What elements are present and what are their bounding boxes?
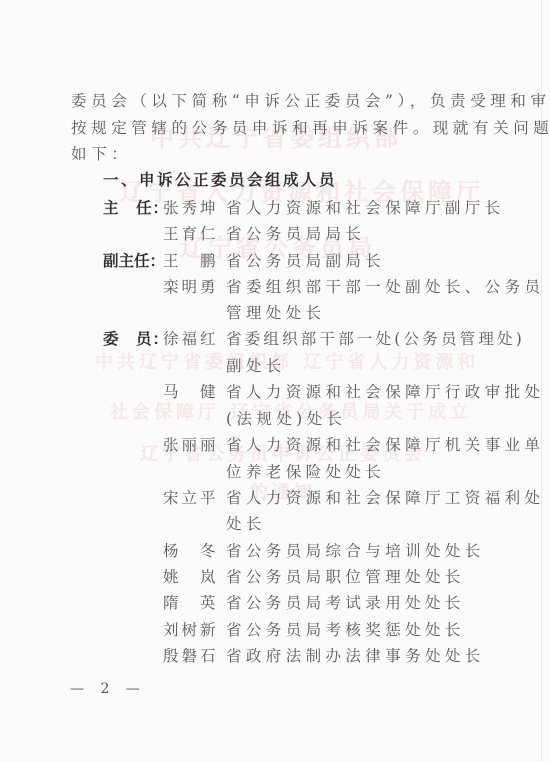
member-name: 张丽丽 xyxy=(163,435,219,455)
member-name: 徐福红 xyxy=(163,329,219,349)
member-name: 马 健 xyxy=(163,382,219,402)
member-title-continued: 管理处处长 xyxy=(226,303,326,323)
member-title-continued: 位养老保险处处长 xyxy=(226,462,385,482)
member-title: 省公务员局综合与培训处处长 xyxy=(226,541,485,561)
member-title: 省委组织部干部一处副处长、公务员 xyxy=(226,277,544,297)
member-name: 栾明勇 xyxy=(163,277,219,297)
member-name: 王育仁 xyxy=(163,224,219,244)
bleed-through-text: 中共辽宁省委组织部 辽宁省人力资源和 xyxy=(95,348,479,374)
member-title: 省公务员局职位管理处处长 xyxy=(226,567,465,587)
member-title: 省公务员局副局长 xyxy=(226,251,385,271)
section-heading: 一、申诉公正委员会组成人员 xyxy=(103,170,337,190)
intro-line-3: 如下： xyxy=(71,144,131,164)
member-title-continued: 副处长 xyxy=(226,356,286,376)
member-name: 杨 冬 xyxy=(163,541,219,561)
page-edge-line xyxy=(541,0,542,762)
member-name: 刘树新 xyxy=(163,620,219,640)
member-name: 隋 英 xyxy=(163,593,219,613)
member-name: 王 鹏 xyxy=(163,251,219,271)
member-name: 张秀坤 xyxy=(163,198,219,218)
member-name: 宋立平 xyxy=(163,488,219,508)
member-title: 省人力资源和社会保障厅机关事业单 xyxy=(226,435,544,455)
role-label-director: 主 任： xyxy=(103,198,169,218)
member-title: 省人力资源和社会保障厅副厅长 xyxy=(226,198,505,218)
member-name: 姚 岚 xyxy=(163,567,219,587)
member-title: 省公务员局局长 xyxy=(226,224,365,244)
intro-line-2: 按规定管辖的公务员申诉和再申诉案件。现就有关问题通知 xyxy=(71,118,550,138)
member-title: 省政府法制办法律事务处处长 xyxy=(226,646,485,666)
member-title: 省人力资源和社会保障厅行政审批处 xyxy=(226,382,544,402)
role-label-members: 委 员： xyxy=(103,329,169,349)
role-label-deputy-director: 副主任： xyxy=(103,251,165,271)
member-title: 省公务员局考核奖惩处处长 xyxy=(226,620,465,640)
page-number: — 2 — xyxy=(70,681,146,697)
member-title: 省人力资源和社会保障厅工资福利处 xyxy=(226,488,544,508)
intro-line-1: 委员会（以下简称“申诉公正委员会”），负责受理和审理 xyxy=(71,91,550,111)
member-name: 殷磐石 xyxy=(163,646,219,666)
member-title: 省委组织部干部一处(公务员管理处) xyxy=(226,329,525,349)
member-title-continued: (法规处)处长 xyxy=(226,409,346,429)
member-title-continued: 处长 xyxy=(226,514,266,534)
document-page: 中共辽宁省委组织部 辽宁省人力资源和社会保障厅 辽宁省公务员局 中共辽宁省委组织… xyxy=(0,0,550,762)
member-title: 省公务员局考试录用处处长 xyxy=(226,593,465,613)
